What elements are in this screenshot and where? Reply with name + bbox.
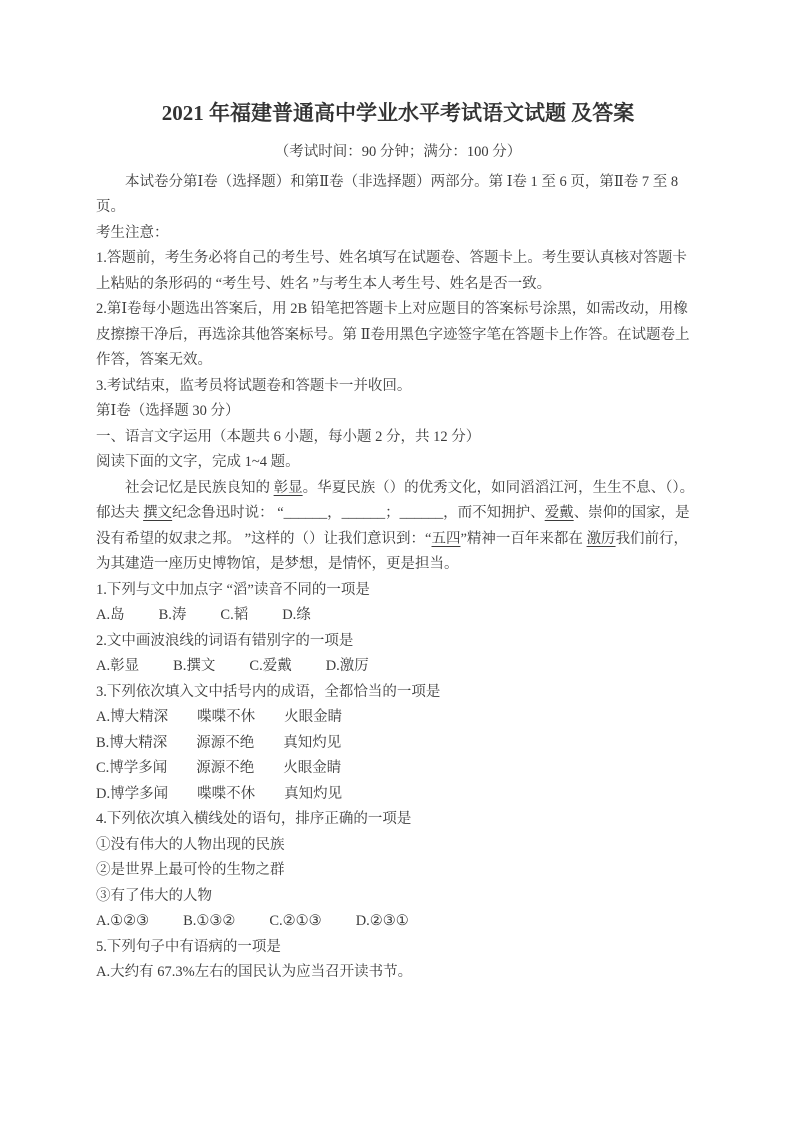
question-2-option-b: B.撰文 — [173, 658, 215, 674]
passage-underlined-word-aidai: 爱戴 — [545, 505, 574, 521]
question-4-stem: 4.下列依次填入横线处的语句，排序正确的一项是 — [96, 807, 700, 833]
exam-document-page: 2021 年福建普通高中学业水平考试语文试题 及答案 （考试时间：90 分钟；满… — [0, 0, 794, 1123]
notice-item-1: 1.答题前，考生务必将自己的考生号、姓名填写在试题卷、答题卡上。考生要认真核对答… — [96, 246, 700, 297]
question-4-option-c: C.②①③ — [269, 913, 321, 929]
question-2-option-a: A.彰显 — [96, 658, 139, 674]
notice-item-3: 3.考试结束，监考员将试题卷和答题卡一并收回。 — [96, 374, 700, 400]
question-1-option-a: A.岛 — [96, 607, 125, 623]
passage-text: ”精神一百年来都在 — [461, 531, 587, 547]
notice-title: 考生注意： — [96, 221, 700, 247]
passage-underlined-word-wusi: 五四 — [432, 531, 461, 547]
question-3-option-b: B.博大精深 源源不绝 真知灼见 — [96, 731, 700, 757]
question-3: 3.下列依次填入文中括号内的成语，全都恰当的一项是 A.博大精深 喋喋不休 火眼… — [96, 680, 700, 808]
reading-passage: 社会记忆是民族良知的 彰显。华夏民族（）的优秀文化，如同滔滔江河，生生不息、（）… — [96, 476, 700, 578]
passage-text: 纪念鲁迅时说： “______，______；______，而不知拥护、 — [172, 505, 545, 521]
exam-info: （考试时间：90 分钟；满分：100 分） — [96, 140, 700, 166]
question-2: 2.文中画波浪线的词语有错别字的一项是 A.彰显B.撰文C.爱戴D.激厉 — [96, 629, 700, 680]
question-1-option-b: B.涛 — [159, 607, 187, 623]
question-1-options: A.岛B.涛C.韬D.绦 — [96, 603, 700, 629]
question-2-option-d: D.激厉 — [326, 658, 369, 674]
question-4-option-d: D.②③① — [356, 913, 409, 929]
question-4-options: A.①②③B.①③②C.②①③D.②③① — [96, 909, 700, 935]
passage-underlined-word-jili: 激厉 — [587, 531, 616, 547]
question-5-stem: 5.下列句子中有语病的一项是 — [96, 935, 700, 961]
question-4-option-b: B.①③② — [183, 913, 235, 929]
question-5: 5.下列句子中有语病的一项是 A.大约有 67.3%左右的国民认为应当召开读书节… — [96, 935, 700, 986]
section-1-header: 第Ⅰ卷（选择题 30 分） — [96, 399, 700, 425]
question-1-stem: 1.下列与文中加点字 “滔”读音不同的一项是 — [96, 578, 700, 604]
notice-item-2: 2.第Ⅰ卷每小题选出答案后，用 2B 铅笔把答题卡上对应题目的答案标号涂黑，如需… — [96, 297, 700, 374]
question-4-item-3: ③有了伟大的人物 — [96, 884, 700, 910]
question-5-option-a: A.大约有 67.3%左右的国民认为应当召开读书节。 — [96, 960, 700, 986]
question-1: 1.下列与文中加点字 “滔”读音不同的一项是 A.岛B.涛C.韬D.绦 — [96, 578, 700, 629]
question-4: 4.下列依次填入横线处的语句，排序正确的一项是 ①没有伟大的人物出现的民族 ②是… — [96, 807, 700, 935]
question-2-stem: 2.文中画波浪线的词语有错别字的一项是 — [96, 629, 700, 655]
passage-underlined-word-zhangxian: 彰显 — [274, 480, 303, 496]
part-1-header: 一、语言文字运用（本题共 6 小题，每小题 2 分，共 12 分） — [96, 425, 700, 451]
question-4-item-2: ②是世界上最可怜的生物之群 — [96, 858, 700, 884]
question-3-option-a: A.博大精深 喋喋不休 火眼金睛 — [96, 705, 700, 731]
question-2-option-c: C.爱戴 — [249, 658, 291, 674]
passage-text: 社会记忆是民族良知的 — [125, 480, 274, 496]
question-4-option-a: A.①②③ — [96, 913, 149, 929]
question-1-option-d: D.绦 — [282, 607, 311, 623]
passage-underlined-word-zhuanwen: 撰文 — [143, 505, 172, 521]
question-3-stem: 3.下列依次填入文中括号内的成语，全都恰当的一项是 — [96, 680, 700, 706]
question-1-option-c: C.韬 — [220, 607, 248, 623]
reading-instruction: 阅读下面的文字，完成 1~4 题。 — [96, 450, 700, 476]
question-2-options: A.彰显B.撰文C.爱戴D.激厉 — [96, 654, 700, 680]
question-4-item-1: ①没有伟大的人物出现的民族 — [96, 833, 700, 859]
question-3-option-c: C.博学多闻 源源不绝 火眼金睛 — [96, 756, 700, 782]
question-3-option-d: D.博学多闻 喋喋不休 真知灼见 — [96, 782, 700, 808]
intro-paragraph: 本试卷分第Ⅰ卷（选择题）和第Ⅱ卷（非选择题）两部分。第 Ⅰ卷 1 至 6 页，第… — [96, 170, 700, 221]
page-title: 2021 年福建普通高中学业水平考试语文试题 及答案 — [96, 98, 700, 128]
